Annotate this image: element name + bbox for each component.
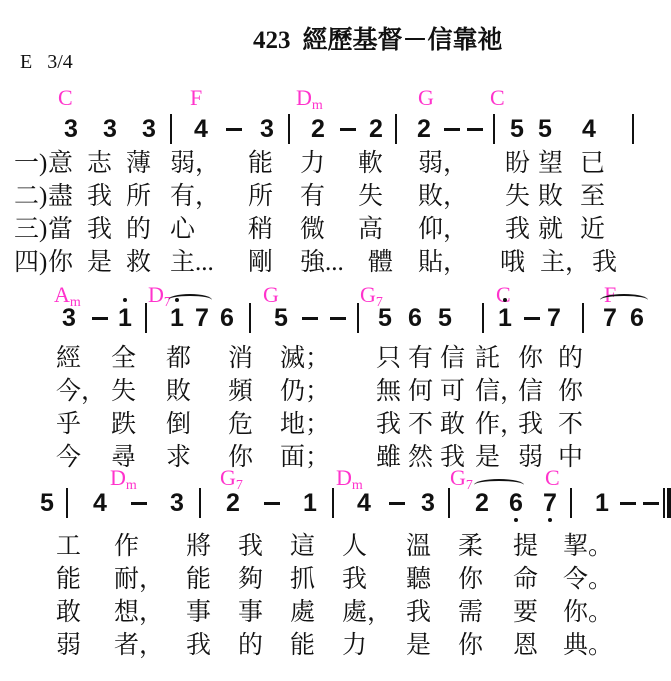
note-number: 3 bbox=[62, 306, 76, 330]
lyric-syllable: 所 bbox=[126, 183, 151, 211]
lyric-syllable: 力 bbox=[342, 632, 367, 660]
note-number: 5 bbox=[40, 491, 54, 515]
lyric-syllable: 是 bbox=[406, 632, 431, 660]
lyric-syllable: 能 bbox=[56, 566, 81, 594]
lyric-syllable: 失 bbox=[358, 183, 383, 211]
lyric-syllable: 盡 bbox=[48, 183, 73, 211]
barline bbox=[582, 303, 584, 333]
lyric-syllable: 恩 bbox=[513, 632, 538, 660]
lyric-syllable: 信 bbox=[440, 345, 465, 373]
note-number: 6 bbox=[220, 306, 234, 330]
lyric-syllable: 經 bbox=[56, 345, 81, 373]
barline bbox=[170, 114, 172, 144]
lyric-syllable: 柔 bbox=[458, 533, 483, 561]
lyric-syllable: 今， bbox=[56, 378, 106, 406]
barline bbox=[145, 303, 147, 333]
lyric-syllable: 就 bbox=[538, 216, 563, 244]
lyric-syllable: 雖 bbox=[376, 444, 401, 472]
hymn-name: 經歷基督－信靠祂 bbox=[303, 27, 503, 54]
note-number: 7 bbox=[547, 306, 561, 330]
lyric-syllable: 不 bbox=[558, 411, 583, 439]
barline bbox=[632, 114, 634, 144]
verse-label: 二) bbox=[14, 183, 47, 211]
lyric-syllable: 所 bbox=[248, 183, 273, 211]
lyric-syllable: 微 bbox=[300, 216, 325, 244]
octave-dot-above bbox=[503, 298, 507, 302]
chord-label: C bbox=[545, 466, 560, 490]
note-number: 6 bbox=[408, 306, 422, 330]
lyric-syllable: 的 bbox=[126, 216, 151, 244]
lyric-syllable: 然 bbox=[408, 444, 433, 472]
lyric-syllable: 至 bbox=[580, 183, 605, 211]
note-number: 3 bbox=[64, 117, 78, 141]
lyric-syllable: 想， bbox=[114, 599, 164, 627]
chord-quality: 7 bbox=[466, 478, 473, 493]
lyric-syllable: 典。 bbox=[563, 632, 613, 660]
duration-dash bbox=[340, 128, 356, 131]
note-number: 6 bbox=[509, 491, 523, 515]
note-number: 3 bbox=[170, 491, 184, 515]
lyric-syllable: 能 bbox=[248, 150, 273, 178]
lyric-syllable: 失 bbox=[505, 183, 530, 211]
lyric-syllable: 要 bbox=[513, 599, 538, 627]
lyric-syllable: 你 bbox=[518, 345, 543, 373]
slur-arc bbox=[474, 479, 524, 491]
note-number: 7 bbox=[603, 306, 617, 330]
lyric-syllable: 已 bbox=[580, 150, 605, 178]
lyric-syllable: 主， bbox=[540, 249, 590, 277]
lyric-syllable: 事 bbox=[186, 599, 211, 627]
lyric-syllable: 有 bbox=[300, 183, 325, 211]
lyric-syllable: 的 bbox=[558, 345, 583, 373]
lyric-syllable: 消 bbox=[228, 345, 253, 373]
note-number: 5 bbox=[510, 117, 524, 141]
lyric-syllable: 聽 bbox=[406, 566, 431, 594]
lyric-syllable: 夠 bbox=[238, 566, 263, 594]
note-number: 2 bbox=[369, 117, 383, 141]
lyric-syllable: 我 bbox=[376, 411, 401, 439]
lyric-syllable: 能 bbox=[186, 566, 211, 594]
duration-dash bbox=[620, 502, 636, 505]
lyric-syllable: 的 bbox=[238, 632, 263, 660]
lyric-syllable: 主... bbox=[170, 249, 214, 277]
lyric-syllable: 體 bbox=[368, 249, 393, 277]
note-number: 5 bbox=[274, 306, 288, 330]
lyric-syllable: 何 bbox=[408, 378, 433, 406]
time-signature: 3/4 bbox=[47, 51, 73, 73]
note-number: 3 bbox=[142, 117, 156, 141]
barline bbox=[395, 114, 397, 144]
lyric-syllable: 滅； bbox=[280, 345, 330, 373]
verse-label: 一) bbox=[14, 150, 47, 178]
lyric-syllable: 倒 bbox=[166, 411, 191, 439]
note-number: 2 bbox=[417, 117, 431, 141]
lyric-syllable: 失 bbox=[111, 378, 136, 406]
note-number: 2 bbox=[475, 491, 489, 515]
verse-label: 三) bbox=[14, 216, 47, 244]
barline bbox=[288, 114, 290, 144]
hymn-sheet: 423經歷基督－信靠祂 E3/4 CFDmGC33343222554一)意志薄弱… bbox=[0, 0, 671, 681]
duration-dash bbox=[92, 317, 108, 320]
lyric-syllable: 志 bbox=[87, 150, 112, 178]
lyric-syllable: 可 bbox=[440, 378, 465, 406]
lyric-syllable: 只 bbox=[376, 345, 401, 373]
chord-label: G7 bbox=[220, 466, 243, 490]
chord-label: Dm bbox=[110, 466, 137, 490]
lyric-syllable: 弱 bbox=[518, 444, 543, 472]
note-number: 3 bbox=[260, 117, 274, 141]
chord-label: G7 bbox=[450, 466, 473, 490]
lyric-syllable: 都 bbox=[166, 345, 191, 373]
lyric-syllable: 救 bbox=[126, 249, 151, 277]
barline bbox=[332, 488, 334, 518]
note-number: 1 bbox=[118, 306, 132, 330]
lyric-syllable: 盼 bbox=[505, 150, 530, 178]
lyric-syllable: 地； bbox=[280, 411, 330, 439]
lyric-syllable: 跌 bbox=[111, 411, 136, 439]
note-number: 3 bbox=[421, 491, 435, 515]
lyric-syllable: 耐， bbox=[114, 566, 164, 594]
note-number: 7 bbox=[543, 491, 557, 515]
note-number: 1 bbox=[498, 306, 512, 330]
lyric-syllable: 你 bbox=[458, 566, 483, 594]
final-barline-thin bbox=[663, 488, 665, 518]
lyric-syllable: 令。 bbox=[563, 566, 613, 594]
duration-dash bbox=[467, 128, 483, 131]
lyric-syllable: 是 bbox=[87, 249, 112, 277]
lyric-syllable: 我 bbox=[505, 216, 530, 244]
note-number: 4 bbox=[93, 491, 107, 515]
lyric-syllable: 中 bbox=[558, 444, 583, 472]
duration-dash bbox=[131, 502, 147, 505]
lyric-syllable: 無 bbox=[376, 378, 401, 406]
barline bbox=[357, 303, 359, 333]
lyric-syllable: 我 bbox=[87, 183, 112, 211]
lyric-syllable: 將 bbox=[186, 533, 211, 561]
lyric-syllable: 不 bbox=[408, 411, 433, 439]
chord-label: Dm bbox=[336, 466, 363, 490]
final-barline-thick bbox=[667, 488, 671, 518]
lyric-syllable: 信 bbox=[518, 378, 543, 406]
lyric-syllable: 面； bbox=[280, 444, 330, 472]
lyric-syllable: 處 bbox=[290, 599, 315, 627]
lyric-syllable: 處， bbox=[342, 599, 392, 627]
lyric-syllable: 稍 bbox=[248, 216, 273, 244]
note-number: 4 bbox=[582, 117, 596, 141]
lyric-syllable: 薄 bbox=[126, 150, 151, 178]
lyric-syllable: 作 bbox=[114, 533, 139, 561]
lyric-syllable: 者， bbox=[114, 632, 164, 660]
lyric-syllable: 求 bbox=[166, 444, 191, 472]
chord-label: F bbox=[190, 86, 202, 110]
lyric-syllable: 你 bbox=[558, 378, 583, 406]
chord-quality: m bbox=[126, 478, 137, 493]
lyric-syllable: 仍； bbox=[280, 378, 330, 406]
slur-arc bbox=[168, 294, 212, 306]
chord-label: Dm bbox=[296, 86, 323, 110]
lyric-syllable: 貼， bbox=[418, 249, 468, 277]
lyric-syllable: 我 bbox=[342, 566, 367, 594]
barline bbox=[482, 303, 484, 333]
note-number: 3 bbox=[103, 117, 117, 141]
lyric-syllable: 仰， bbox=[418, 216, 468, 244]
lyric-syllable: 人 bbox=[342, 533, 367, 561]
hymn-number: 423 bbox=[253, 27, 291, 54]
lyric-syllable: 我 bbox=[186, 632, 211, 660]
verse-label: 四) bbox=[14, 249, 47, 277]
lyric-syllable: 弱， bbox=[418, 150, 468, 178]
lyric-syllable: 託 bbox=[475, 345, 500, 373]
lyric-syllable: 力 bbox=[300, 150, 325, 178]
octave-dot-below bbox=[548, 518, 552, 522]
note-number: 2 bbox=[226, 491, 240, 515]
lyric-syllable: 高 bbox=[358, 216, 383, 244]
lyric-syllable: 我 bbox=[592, 249, 617, 277]
slur-arc bbox=[600, 294, 648, 306]
lyric-syllable: 有， bbox=[170, 183, 220, 211]
note-number: 4 bbox=[194, 117, 208, 141]
lyric-syllable: 這 bbox=[290, 533, 315, 561]
lyric-syllable: 抓 bbox=[290, 566, 315, 594]
lyric-syllable: 溫 bbox=[406, 533, 431, 561]
barline bbox=[448, 488, 450, 518]
chord-label: C bbox=[58, 86, 73, 110]
lyric-syllable: 全 bbox=[111, 345, 136, 373]
duration-dash bbox=[643, 502, 659, 505]
lyric-syllable: 意 bbox=[48, 150, 73, 178]
lyric-syllable: 敗 bbox=[166, 378, 191, 406]
lyric-syllable: 挈。 bbox=[563, 533, 613, 561]
lyric-syllable: 強... bbox=[300, 249, 344, 277]
lyric-syllable: 工 bbox=[56, 533, 81, 561]
lyric-syllable: 軟 bbox=[358, 150, 383, 178]
lyric-syllable: 弱 bbox=[56, 632, 81, 660]
note-number: 4 bbox=[357, 491, 371, 515]
lyric-syllable: 我 bbox=[406, 599, 431, 627]
lyric-syllable: 你 bbox=[458, 632, 483, 660]
note-number: 5 bbox=[438, 306, 452, 330]
note-number: 5 bbox=[378, 306, 392, 330]
duration-dash bbox=[226, 128, 242, 131]
lyric-syllable: 是 bbox=[475, 444, 500, 472]
lyric-syllable: 乎 bbox=[56, 411, 81, 439]
note-number: 1 bbox=[595, 491, 609, 515]
note-number: 2 bbox=[311, 117, 325, 141]
lyric-syllable: 危 bbox=[228, 411, 253, 439]
lyric-syllable: 心 bbox=[170, 216, 195, 244]
lyric-syllable: 哦 bbox=[500, 249, 525, 277]
lyric-syllable: 我 bbox=[238, 533, 263, 561]
note-number: 1 bbox=[303, 491, 317, 515]
lyric-syllable: 你 bbox=[48, 249, 73, 277]
chord-quality: m bbox=[312, 98, 323, 113]
lyric-syllable: 敗 bbox=[538, 183, 563, 211]
octave-dot-above bbox=[123, 298, 127, 302]
barline bbox=[570, 488, 572, 518]
duration-dash bbox=[444, 128, 460, 131]
lyric-syllable: 我 bbox=[87, 216, 112, 244]
barline bbox=[199, 488, 201, 518]
octave-dot-below bbox=[514, 518, 518, 522]
duration-dash bbox=[389, 502, 405, 505]
barline bbox=[249, 303, 251, 333]
lyric-syllable: 敢 bbox=[440, 411, 465, 439]
hymn-title: 423經歷基督－信靠祂 bbox=[253, 20, 503, 56]
lyric-syllable: 有 bbox=[408, 345, 433, 373]
note-number: 5 bbox=[538, 117, 552, 141]
note-number: 1 bbox=[170, 306, 184, 330]
lyric-syllable: 命 bbox=[513, 566, 538, 594]
duration-dash bbox=[302, 317, 318, 320]
lyric-syllable: 敗， bbox=[418, 183, 468, 211]
lyric-syllable: 事 bbox=[238, 599, 263, 627]
lyric-syllable: 你。 bbox=[563, 599, 613, 627]
note-number: 7 bbox=[195, 306, 209, 330]
lyric-syllable: 近 bbox=[580, 216, 605, 244]
barline bbox=[493, 114, 495, 144]
lyric-syllable: 弱， bbox=[170, 150, 220, 178]
key-tonic: E bbox=[20, 51, 32, 73]
note-number: 6 bbox=[630, 306, 644, 330]
lyric-syllable: 能 bbox=[290, 632, 315, 660]
lyric-syllable: 剛 bbox=[248, 249, 273, 277]
duration-dash bbox=[330, 317, 346, 320]
lyric-syllable: 望 bbox=[538, 150, 563, 178]
duration-dash bbox=[264, 502, 280, 505]
chord-label: G bbox=[418, 86, 434, 110]
duration-dash bbox=[524, 317, 540, 320]
lyric-syllable: 敢 bbox=[56, 599, 81, 627]
chord-label: C bbox=[490, 86, 505, 110]
lyric-syllable: 需 bbox=[458, 599, 483, 627]
barline bbox=[66, 488, 68, 518]
lyric-syllable: 今 bbox=[56, 444, 81, 472]
key-signature: E3/4 bbox=[20, 51, 73, 74]
lyric-syllable: 我 bbox=[518, 411, 543, 439]
lyric-syllable: 當 bbox=[48, 216, 73, 244]
lyric-syllable: 頻 bbox=[228, 378, 253, 406]
lyric-syllable: 提 bbox=[513, 533, 538, 561]
